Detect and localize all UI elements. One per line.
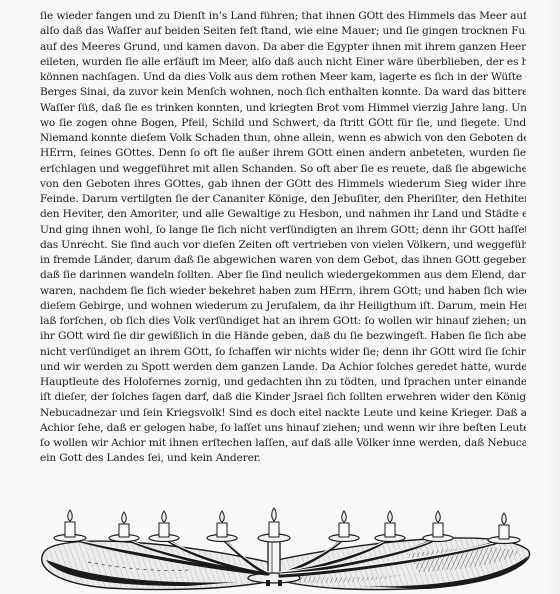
text-line: ſie wieder fangen und zu Dienſt in’s Lan… [40,9,526,24]
text-line: Berges Sinai, da zuvor kein Menſch wohne… [40,85,526,100]
text-line: wo ſie zogen ohne Bogen, Pfeil, Schild u… [40,116,526,131]
text-line: laß forſchen, ob ſich dies Volk verſündi… [40,314,526,329]
text-line: und wir werden zu Spott werden dem ganze… [40,360,526,375]
text-line: ſo wollen wir Achior mit ihnen erſtechen… [40,436,526,451]
text-line: alſo daß das Waſſer auf beiden Seiten fe… [40,24,526,39]
text-line: auf des Meeres Grund, und kamen davon. D… [40,40,526,55]
text-line: HErrn, ſeines GOttes. Denn ſo oft ſie au… [40,146,526,161]
text-line: Feinde. Darum vertilgten ſie der Cananit… [40,192,526,207]
text-line: das Unrecht. Sie ſind auch vor dieſen Ze… [40,238,526,253]
candles [54,508,520,544]
candle-5-center [258,508,290,542]
scan-edge-shading [546,0,560,594]
candle-2 [109,512,139,542]
text-line: Und ging ihnen wohl, ſo lange ſie ſich n… [40,223,526,238]
candelabra-illustration [28,492,540,592]
text-line: dieſem Gebirge, und wohnen wiederum zu J… [40,299,526,314]
candle-6 [329,511,359,542]
text-line: können nachſagen. Und da dies Volk aus d… [40,70,526,85]
text-line: den Heviter, den Amoriter, und alle Gewa… [40,207,526,222]
candle-1 [54,510,86,542]
text-line: Nebucadnezar und ſein Kriegsvolk! Sind e… [40,406,526,421]
text-line: Niemand konnte dieſem Volk Schaden thun,… [40,131,526,146]
text-line: erſchlagen und weggeführet mit allen Sch… [40,162,526,177]
text-line: Achior ſehe, daß er gelogen habe, ſo laſ… [40,421,526,436]
text-line: von den Geboten ihres GOttes, gab ihnen … [40,177,526,192]
body-text: ſie wieder fangen und zu Dienſt in’s Lan… [40,9,526,467]
text-line: iſt dieſer, der ſolches ſagen darf, daß … [40,390,526,405]
candle-9 [488,513,520,544]
candle-4 [207,511,237,542]
text-line: daß ſie darinnen wandeln ſollten. Aber ſ… [40,268,526,283]
text-line: Hauptleute des Holofernes zornig, und ge… [40,375,526,390]
text-line: ihr GOtt wird ſie dir gewißlich in die H… [40,329,526,344]
text-line: in fremde Länder, darum daß ſie abgewich… [40,253,526,268]
text-line: nicht verſündiget an ihrem GOtt, ſo ſcha… [40,345,526,360]
candle-8 [423,511,453,542]
text-line: eileten, wurden ſie alle erſäuft im Meer… [40,55,526,70]
text-line: waren, nachdem ſie ſich wieder bekehret … [40,284,526,299]
text-line: Waſſer ſüß, daß ſie es trinken konnten, … [40,101,526,116]
candle-3 [149,511,179,542]
text-line-last: ein Gott des Landes ſei, und kein Andere… [40,451,526,466]
candle-7 [375,511,405,542]
